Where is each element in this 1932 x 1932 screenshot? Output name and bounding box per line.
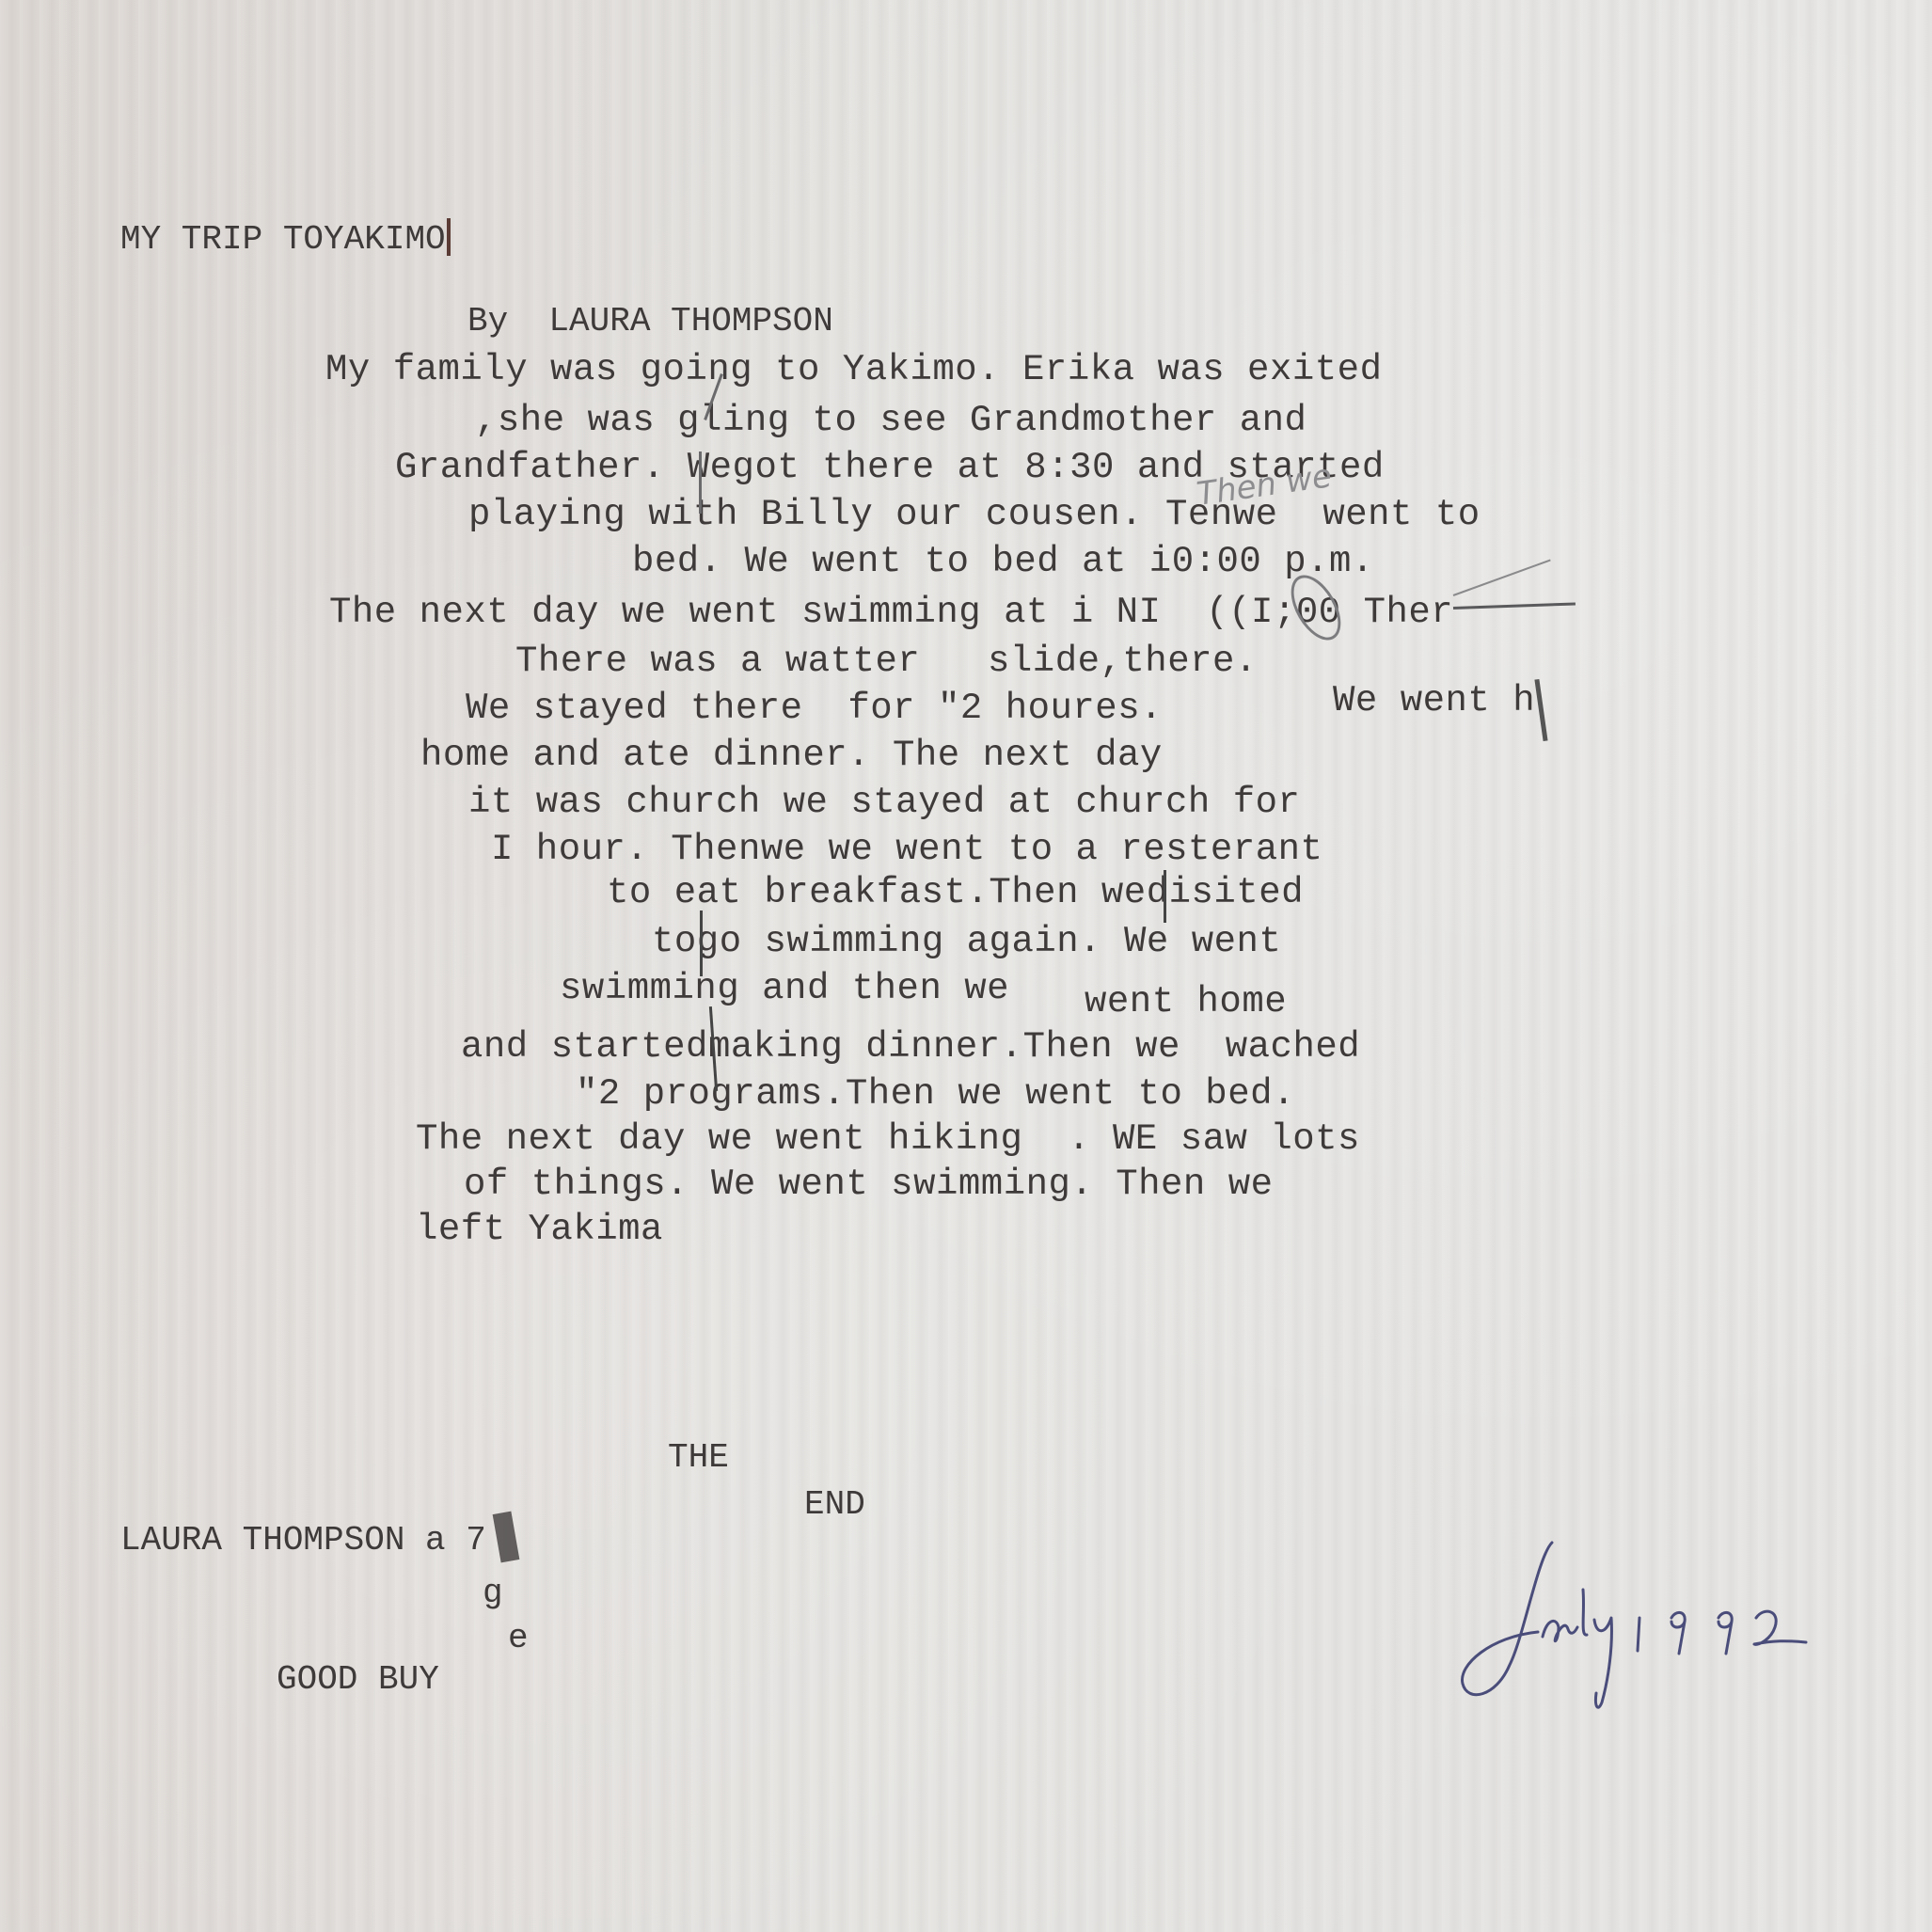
pencil-vertical-mark	[1164, 870, 1166, 923]
body-line-11: I hour. Thenwe we went to a resterant	[491, 831, 1322, 868]
body-line-7: There was a watter slide,there.	[515, 643, 1258, 680]
body-line-4: playing with Billy our cousen. Tenwe wen…	[468, 497, 1481, 533]
pencil-vertical-mark	[700, 911, 703, 976]
handwritten-date: July 1992	[1453, 1524, 1829, 1712]
strikethrough-mark	[1453, 602, 1576, 610]
typed-bar-mark	[447, 218, 451, 256]
body-line-8: We stayed there for "2 houres.	[466, 690, 1163, 727]
body-line-17: The next day we went hiking . WE saw lot…	[416, 1121, 1360, 1158]
body-line-1: My family was going to Yakimo. Erika was…	[325, 352, 1382, 388]
body-line-5: bed. We went to bed at i0:00 p.m.	[632, 544, 1374, 580]
farewell-text: GOOD BUY	[277, 1663, 439, 1697]
body-line-14: swimming and then we	[560, 971, 1009, 1007]
body-line-15: and startedmaking dinner.Then we wached	[461, 1029, 1360, 1066]
pencil-scribble-mark	[1534, 679, 1547, 741]
body-line-14b: went home	[1085, 984, 1287, 1021]
age-letter-e: e	[508, 1622, 529, 1655]
body-line-8b: We went h	[1333, 683, 1535, 720]
body-line-6: The next day we went swimming at i NI ((…	[329, 594, 1453, 631]
body-line-10: it was church we stayed at church for	[468, 784, 1300, 821]
body-line-18: of things. We went swimming. Then we	[464, 1166, 1274, 1203]
body-line-9: home and ate dinner. The next day	[420, 737, 1163, 774]
the-text: THE	[668, 1441, 729, 1475]
body-line-2: ,she was gling to see Grandmother and	[475, 403, 1306, 439]
signature-line: LAURA THOMPSON a 7	[120, 1524, 486, 1558]
body-line-13: togo swimming again. We went	[652, 924, 1281, 960]
pencil-arrow-mark	[1453, 559, 1551, 596]
title-text: MY TRIP TOYAKIMO	[120, 220, 446, 259]
smudged-digit-mark	[493, 1512, 520, 1563]
age-letter-g: g	[483, 1576, 503, 1610]
document-title: MY TRIP TOYAKIMO	[120, 218, 451, 257]
byline: By LAURA THOMPSON	[467, 305, 833, 339]
body-line-19: left Yakima	[416, 1211, 663, 1248]
pencil-vertical-mark	[699, 451, 702, 514]
body-line-16: "2 programs.Then we went to bed.	[576, 1076, 1295, 1113]
end-text: END	[804, 1488, 865, 1522]
handwritten-date-signature-icon	[1453, 1524, 1829, 1712]
body-line-12: to eat breakfast.Then wedisited	[607, 875, 1304, 911]
